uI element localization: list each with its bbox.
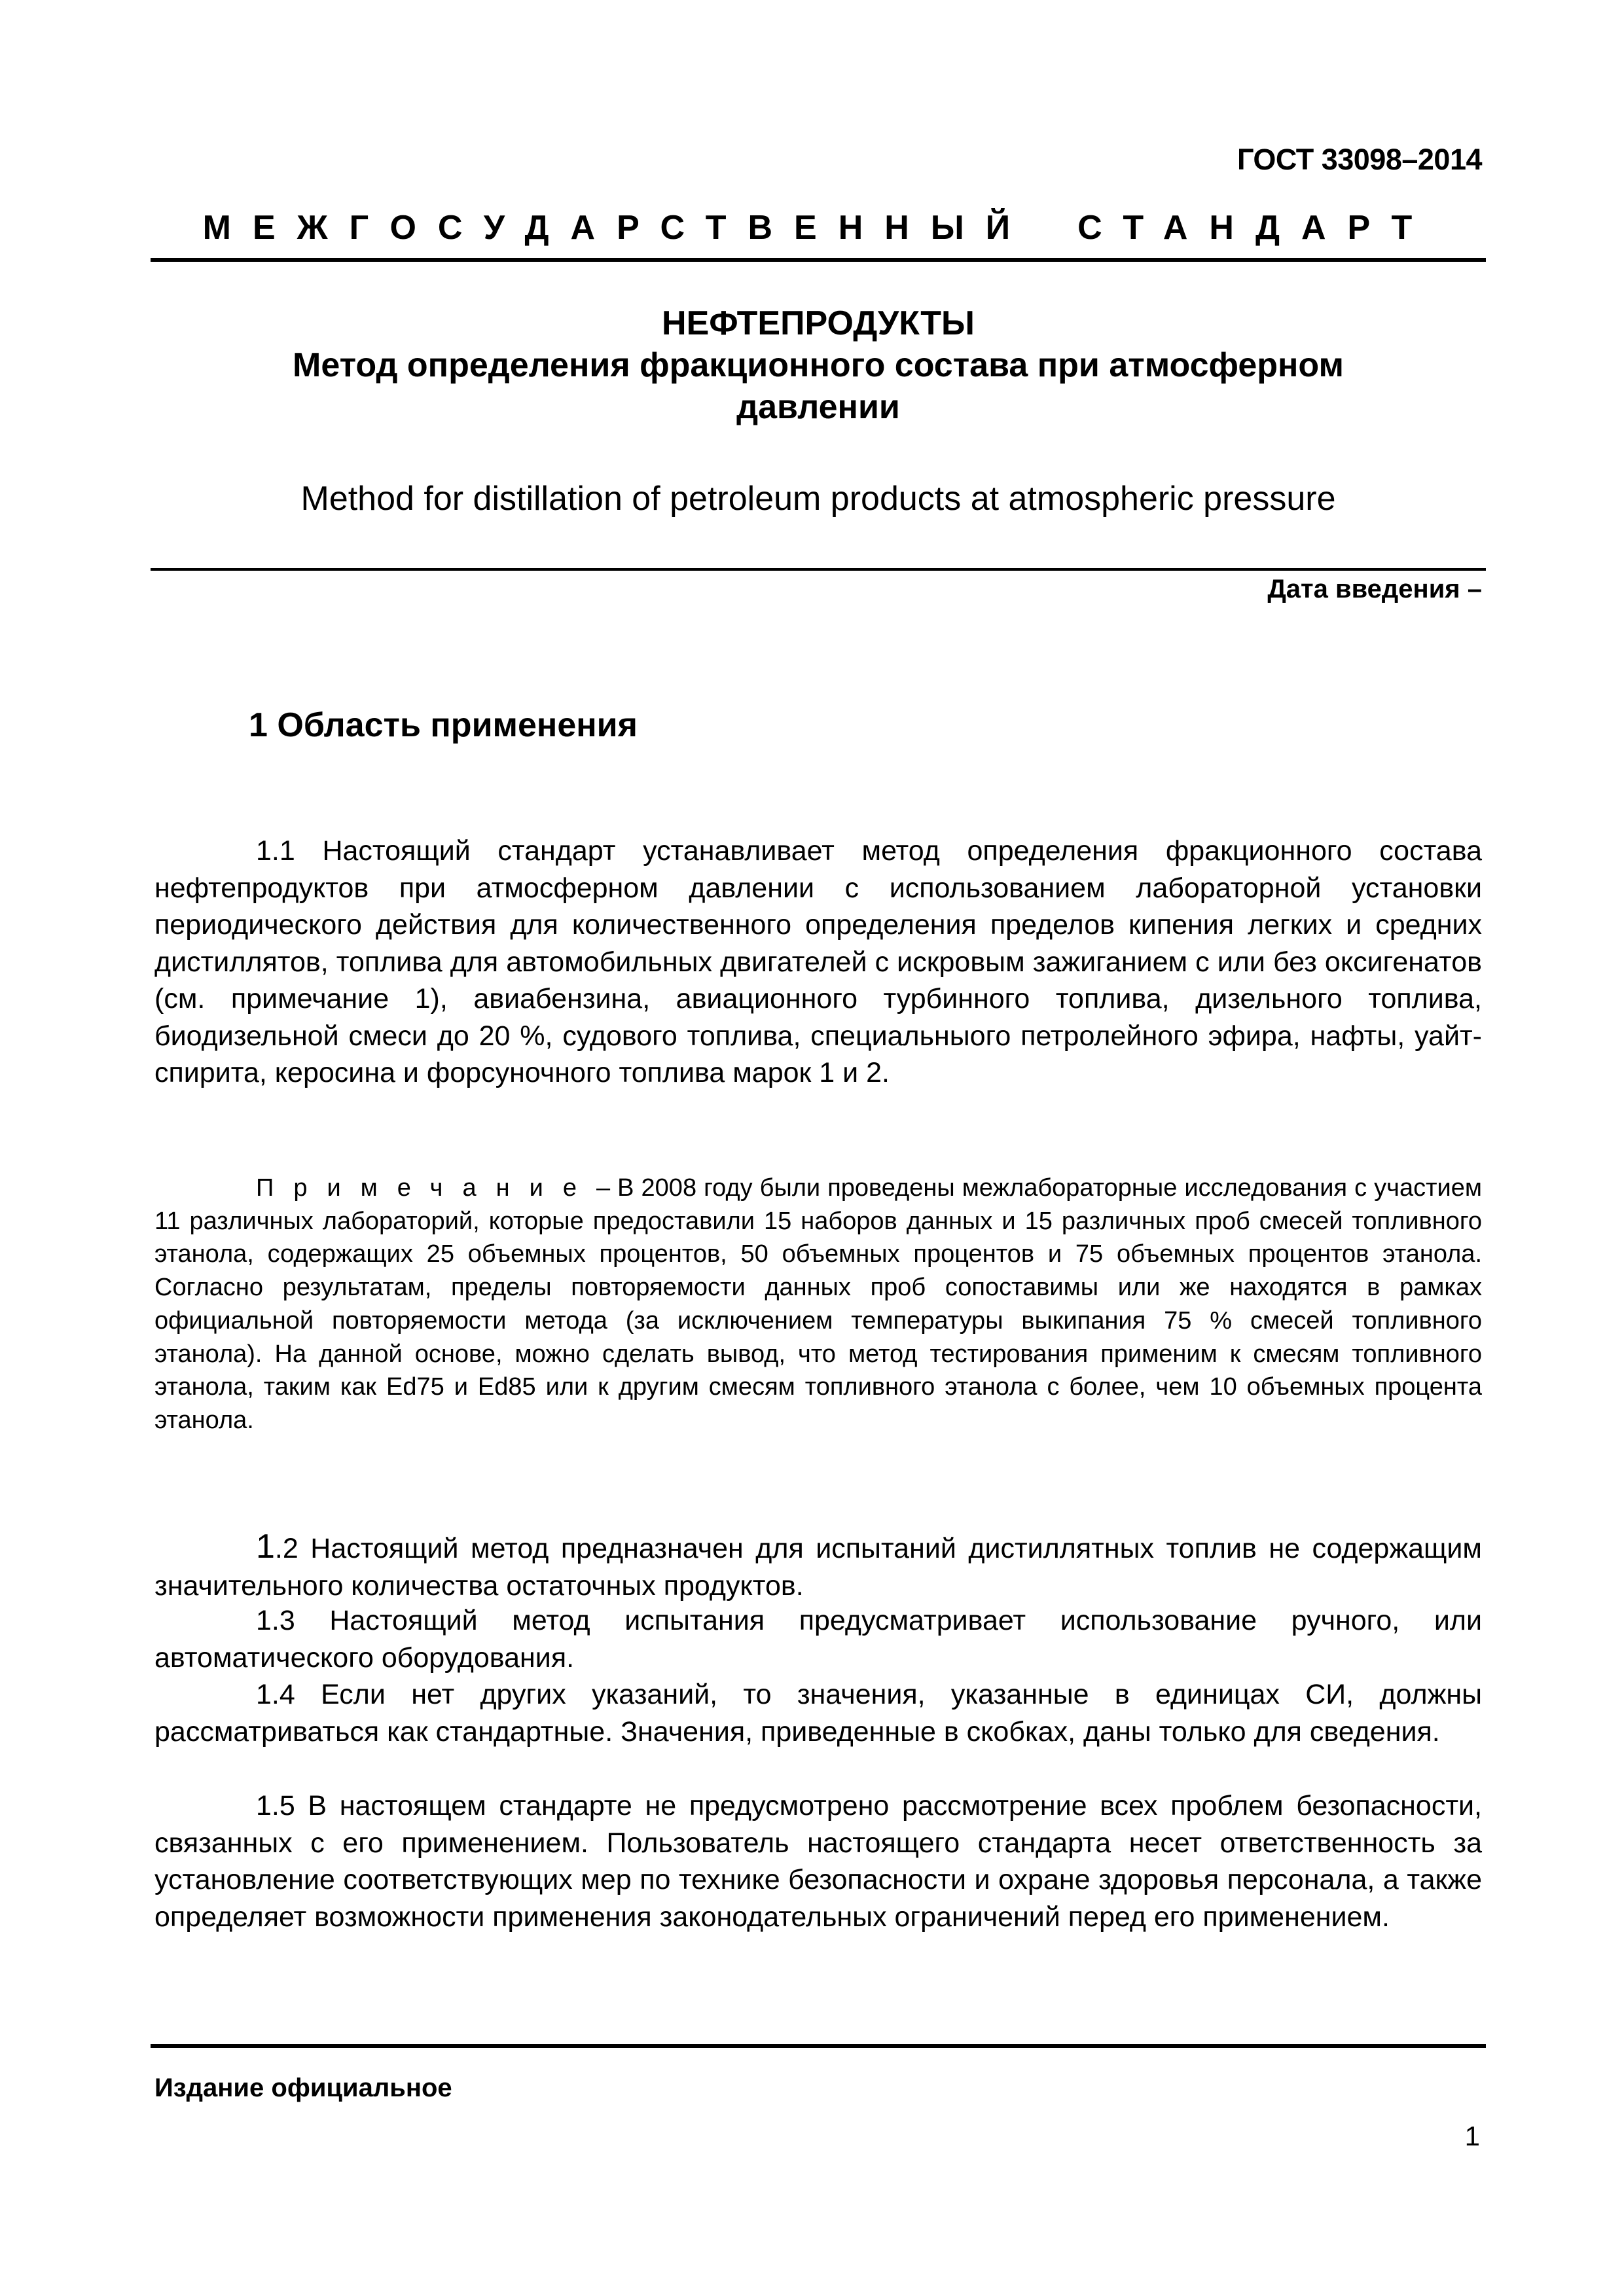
header-divider [151,258,1486,262]
note-text: – В 2008 году были проведены межлаборато… [154,1174,1482,1434]
standard-type-word-1: МЕЖГОСУДАРСТВЕННЫЙ [203,209,1032,247]
footer-divider [151,2044,1486,2048]
note-block: Примечание– В 2008 году были проведены м… [154,1172,1482,1437]
title-subtitle-line-2: давлении [151,386,1486,428]
clause-1-2-number: 1 [256,1528,275,1566]
clause-1-2: 1.2 Настоящий метод предназначен для исп… [154,1528,1482,1604]
title-english: Method for distillation of petroleum pro… [151,478,1486,520]
note-label: Примечание [256,1174,596,1202]
clause-1-4: 1.4 Если нет других указаний, то значени… [154,1676,1482,1750]
clause-1-3: 1.3 Настоящий метод испытания предусматр… [154,1602,1482,1676]
clause-1-2-text: .2 Настоящий метод предназначен для испы… [154,1533,1482,1602]
title-divider [151,568,1486,571]
clause-1-5: 1.5 В настоящем стандарте не предусмотре… [154,1787,1482,1935]
edition-label: Издание официальное [154,2073,452,2103]
document-code: ГОСТ 33098–2014 [1237,143,1482,177]
title-block: НЕФТЕПРОДУКТЫ Метод определения фракцион… [151,302,1486,428]
title-subtitle-line-1: Метод определения фракционного состава п… [151,344,1486,386]
clause-1-1: 1.1 Настоящий стандарт устанавливает мет… [154,833,1482,1092]
title-main: НЕФТЕПРОДУКТЫ [151,302,1486,344]
date-introduced: Дата введения – [1267,575,1482,604]
section-heading: 1 Область применения [249,706,638,745]
page-number: 1 [1465,2121,1480,2152]
standard-type-word-2: СТАНДАРТ [1077,209,1434,247]
standard-type-heading: МЕЖГОСУДАРСТВЕННЫЙСТАНДАРТ [151,208,1486,247]
